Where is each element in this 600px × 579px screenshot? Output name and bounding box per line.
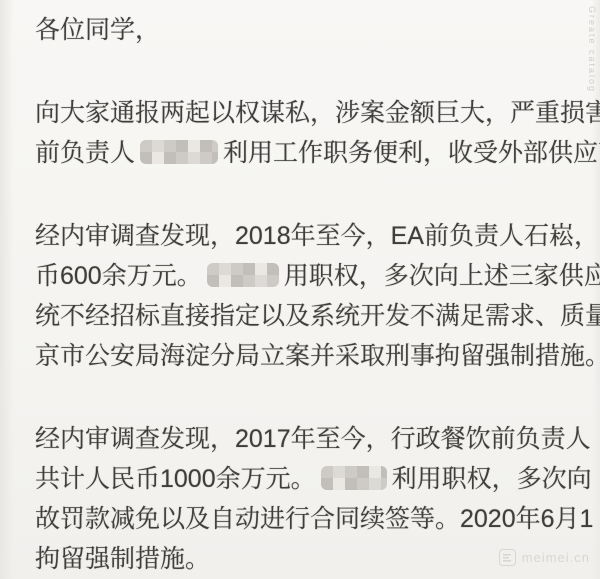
line-text: 利用工作职务便利，收受外部供应商 bbox=[223, 139, 600, 167]
text-line: 各位同学， bbox=[35, 10, 600, 50]
text-line: 京市公安局海淀分局立案并采取刑事拘留强制措施。 bbox=[35, 336, 600, 376]
vertical-watermark: Greate catalog bbox=[587, 6, 597, 93]
text-line: 统不经招标直接指定以及系统开发不满足需求、质量 bbox=[35, 296, 600, 336]
censored-name-blur bbox=[140, 140, 218, 164]
watermark-text: meimei.cn bbox=[522, 550, 590, 565]
line-text: 经内审调查发现，2018年至今，EA前负责人石崧， bbox=[35, 222, 599, 250]
line-text: 共计人民币1000余万元。 bbox=[35, 465, 316, 493]
line-text: 故罚款减免以及自动进行合同续签等。2020年6月1 bbox=[35, 505, 593, 533]
bottom-watermark: meimei.cn bbox=[499, 549, 590, 566]
line-text: 经内审调查发现，2017年至今，行政餐饮前负责人 bbox=[35, 425, 591, 453]
line-text: 统不经招标直接指定以及系统开发不满足需求、质量 bbox=[35, 302, 600, 330]
line-text: 前负责人 bbox=[35, 139, 135, 167]
censored-name-blur bbox=[207, 263, 279, 287]
paragraph: 各位同学， bbox=[35, 10, 600, 50]
line-text: 各位同学， bbox=[35, 16, 160, 44]
line-text: 拘留强制措施。 bbox=[35, 545, 210, 573]
text-line: 前负责人利用工作职务便利，收受外部供应商 bbox=[35, 133, 600, 173]
paragraph: 经内审调查发现，2018年至今，EA前负责人石崧，币600余万元。用职权，多次向… bbox=[35, 216, 600, 376]
document-body: 各位同学，向大家通报两起以权谋私，涉案金额巨大，严重损害前负责人利用工作职务便利… bbox=[0, 0, 600, 579]
line-text: 利用职权，多次向 bbox=[392, 465, 592, 493]
text-line: 币600余万元。用职权，多次向上述三家供应 bbox=[35, 256, 600, 296]
watermark-logo-icon bbox=[499, 549, 516, 566]
text-line: 经内审调查发现，2018年至今，EA前负责人石崧， bbox=[35, 216, 600, 256]
line-text: 京市公安局海淀分局立案并采取刑事拘留强制措施。 bbox=[35, 342, 600, 370]
line-text: 用职权，多次向上述三家供应 bbox=[284, 262, 600, 290]
line-text: 币600余万元。 bbox=[35, 262, 202, 290]
line-text: 向大家通报两起以权谋私，涉案金额巨大，严重损害 bbox=[35, 99, 600, 127]
text-line: 经内审调查发现，2017年至今，行政餐饮前负责人 bbox=[35, 419, 600, 459]
censored-name-blur bbox=[321, 466, 387, 490]
paragraph: 向大家通报两起以权谋私，涉案金额巨大，严重损害前负责人利用工作职务便利，收受外部… bbox=[35, 93, 600, 173]
text-line: 故罚款减免以及自动进行合同续签等。2020年6月1 bbox=[35, 499, 600, 539]
text-line: 向大家通报两起以权谋私，涉案金额巨大，严重损害 bbox=[35, 93, 600, 133]
text-line: 共计人民币1000余万元。利用职权，多次向 bbox=[35, 459, 600, 499]
screenshot-root: { "page": { "background_color": "#f5f4f1… bbox=[0, 0, 600, 579]
